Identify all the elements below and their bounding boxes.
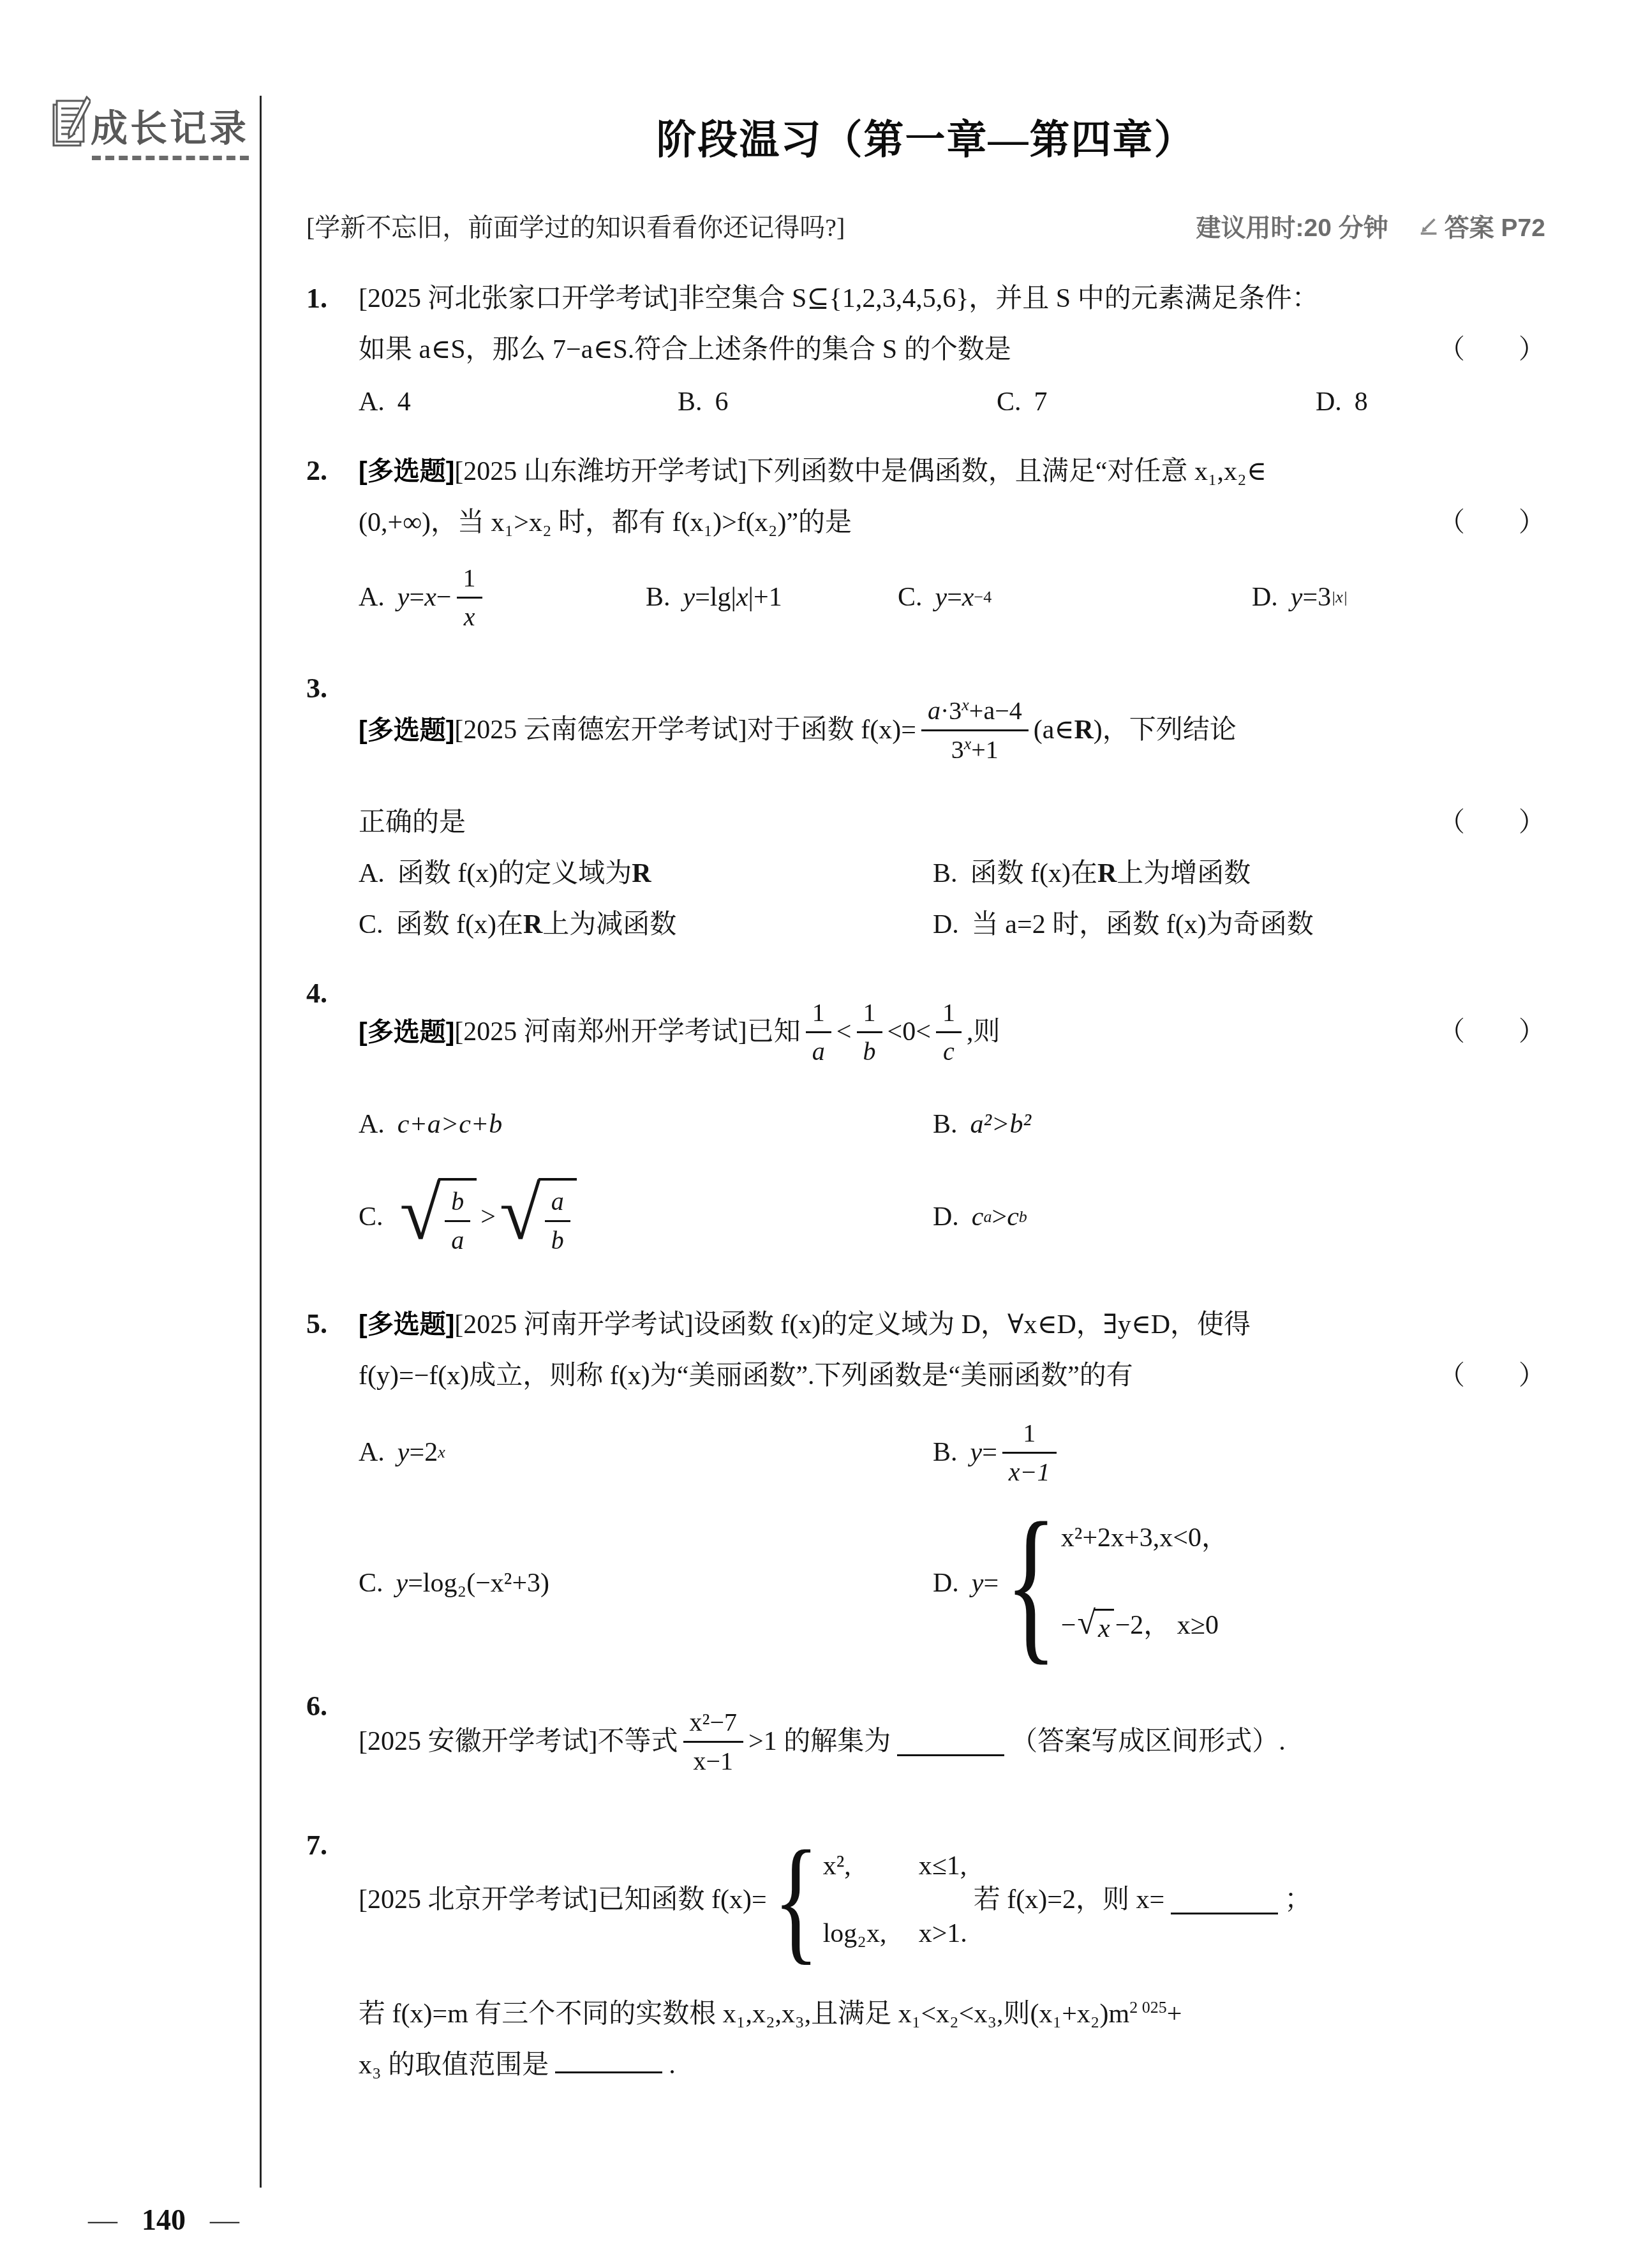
answer-ref: 答案 P72	[1416, 208, 1545, 244]
problem-line: [多选题][2025 河南郑州开学考试]已知 1a < 1b <0< 1c ,则…	[359, 968, 1545, 1096]
problem-number: 2.	[306, 445, 327, 496]
radical: √x	[1077, 1609, 1113, 1644]
header-meta: 建议用时:20 分钟 答案 P72	[1196, 208, 1545, 244]
options-row: C.y=log₂(−x²+3) D. y= { x²+2x+3,x<0， −√x…	[359, 1503, 1545, 1663]
multi-choice-tag: [多选题]	[359, 1309, 454, 1339]
answer-blank	[897, 1727, 1004, 1756]
answer-ref-label: 答案 P72	[1445, 208, 1545, 244]
options-row: C.函数 f(x)在 R 上为减函数 D.当 a=2 时，函数 f(x)为奇函数	[359, 899, 1545, 950]
case-row: x²,x≤1,	[823, 1851, 967, 1881]
option-d: D.8	[1316, 377, 1368, 428]
problem-line: 若 f(x)=m 有三个不同的实数根 x₁,x₂,x₃,且满足 x₁<x₂<x₃…	[359, 1988, 1545, 2040]
answer-paren: （ ）	[1438, 1350, 1545, 1401]
option-c: C.函数 f(x)在 R 上为减函数	[359, 899, 933, 950]
problem-number: 5.	[306, 1299, 327, 1350]
multi-choice-tag: [多选题]	[359, 456, 454, 486]
subtitle: [学新不忘旧，前面学过的知识看看你还记得吗?]	[306, 207, 845, 244]
time-hint: 建议用时:20 分钟	[1196, 208, 1388, 244]
option-a: A.y=2x	[359, 1427, 933, 1478]
notepad-pencil-icon	[51, 96, 91, 149]
option-d: D.当 a=2 时，函数 f(x)为奇函数	[933, 899, 1314, 950]
option-b: B.a²>b²	[933, 1099, 1031, 1150]
option-a: A.4	[359, 377, 678, 428]
problem-number: 3.	[306, 663, 327, 714]
option-c: C. y=x−4	[898, 572, 1252, 623]
problem-line: (0,+∞)，当 x₁>x₂ 时，都有 f(x₁)>f(x₂)”的是（ ）	[359, 497, 1545, 548]
options-row: A.y=2x B.y=1x−1	[359, 1401, 1545, 1503]
problem-text: 下列函数中是偶函数，且满足“对任意 x₁,x₂∈	[747, 457, 1267, 486]
fraction: 1x−1	[1002, 1417, 1057, 1488]
case-row: log₂x,x>1.	[823, 1918, 967, 1949]
fraction: a·3x+a−4 3x+1	[921, 695, 1029, 766]
fraction: 1c	[936, 997, 962, 1068]
problem-line: [多选题][2025 河南开学考试]设函数 f(x)的定义域为 D，∀x∈D，∃…	[359, 1299, 1545, 1350]
cases-brace: {	[1005, 1496, 1057, 1670]
problem-text: 不等式	[597, 1716, 678, 1767]
problem-number: 4.	[306, 968, 327, 1019]
problem-text: 正确的是	[359, 808, 466, 837]
logo-block: 成长记录	[51, 96, 262, 160]
multi-choice-tag: [多选题]	[359, 1006, 454, 1057]
problem-text: 设函数 f(x)的定义域为 D，∀x∈D，∃y∈D，使得	[694, 1310, 1251, 1339]
problem-source: [2025 云南德宏开学考试]	[454, 705, 747, 756]
problem-number: 6.	[306, 1681, 327, 1732]
subtitle-row: [学新不忘旧，前面学过的知识看看你还记得吗?] 建议用时:20 分钟 答案 P7…	[306, 207, 1545, 244]
answer-paren: （ ）	[1438, 1006, 1545, 1057]
page-footer: — 140 —	[88, 2203, 239, 2237]
problem-6: 6. [2025 安徽开学考试] 不等式 x²−7x−1 >1 的解集为 （答案…	[306, 1681, 1545, 1802]
problem-line: f(y)=−f(x)成立，则称 f(x)为“美丽函数”.下列函数是“美丽函数”的…	[359, 1350, 1545, 1401]
case-row: x²+2x+3,x<0，	[1061, 1523, 1228, 1553]
fraction: 1b	[857, 997, 882, 1068]
problem-note: （答案写成区间形式）.	[1011, 1716, 1286, 1767]
piecewise-cases: { x²+2x+3,x<0， −√x−2， x≥0	[1005, 1523, 1228, 1644]
page-title: 阶段温习（第一章—第四章）	[306, 107, 1545, 165]
option-b: B. y=lg|x|+1	[646, 572, 898, 623]
content-column: 阶段温习（第一章—第四章） [学新不忘旧，前面学过的知识看看你还记得吗?] 建议…	[260, 0, 1627, 2108]
problem-text: 若 f(x)=m 有三个不同的实数根 x₁,x₂,x₃,且满足 x₁<x₂<x₃…	[359, 1999, 1129, 2029]
answer-paren: （ ）	[1438, 797, 1545, 848]
option-b: B.函数 f(x)在 R 上为增函数	[933, 848, 1251, 899]
fraction: 1a	[806, 997, 831, 1068]
problem-2: 2. [多选题][2025 山东潍坊开学考试]下列函数中是偶函数，且满足“对任意…	[306, 445, 1545, 645]
option-b: B.y=1x−1	[933, 1417, 1062, 1488]
problem-3: 3. [多选题][2025 云南德宏开学考试]对于函数 f(x)= a·3x+a…	[306, 663, 1545, 950]
problem-text: 若 f(x)=2，则 x=	[974, 1874, 1164, 1925]
problem-line: 正确的是（ ）	[359, 797, 1545, 848]
options-row: A.4 B.6 C.7 D.8	[359, 377, 1545, 428]
problem-line: [2025 安徽开学考试] 不等式 x²−7x−1 >1 的解集为 （答案写成区…	[359, 1681, 1545, 1802]
answer-blank	[555, 2045, 662, 2073]
fraction: x²−7x−1	[683, 1706, 744, 1777]
fraction-denominator: 3x+1	[921, 731, 1029, 766]
problem-7: 7. [2025 北京开学考试] 已知函数 f(x)= { x²,x≤1, lo…	[306, 1820, 1545, 2091]
fraction: 1x	[457, 562, 482, 633]
superscript: 2 025	[1129, 1998, 1167, 2017]
problem-source: [2025 河南郑州开学考试]	[454, 1006, 747, 1057]
option-d: D. y= { x²+2x+3,x<0， −√x−2， x≥0	[933, 1523, 1235, 1644]
radical: √ba	[400, 1178, 477, 1257]
problem-text: +	[1167, 1999, 1182, 2029]
options-row: A.函数 f(x)的定义域为 R B.函数 f(x)在 R 上为增函数	[359, 848, 1545, 899]
fraction-numerator: a·3x+a−4	[921, 695, 1029, 731]
option-c: C.y=log₂(−x²+3)	[359, 1558, 933, 1609]
problem-line: [2025 北京开学考试] 已知函数 f(x)= { x²,x≤1, log₂x…	[359, 1820, 1545, 1980]
option-d: D. y=3|x|	[1252, 572, 1348, 623]
option-a: A. y=x− 1x	[359, 562, 646, 633]
problem-text: (a∈R)，下列结论	[1034, 705, 1237, 756]
option-d: D. ca>cb	[933, 1191, 1027, 1242]
options-row: A.c+a>c+b B.a²>b²	[359, 1096, 1545, 1153]
problem-text: (0,+∞)，当 x₁>x₂ 时，都有 f(x₁)>f(x₂)”的是	[359, 508, 852, 537]
piecewise-cases: { x²,x≤1, log₂x,x>1.	[773, 1851, 967, 1950]
problem-text: 对于函数 f(x)=	[747, 705, 916, 756]
problem-4: 4. [多选题][2025 河南郑州开学考试]已知 1a < 1b <0< 1c…	[306, 968, 1545, 1281]
option-c: C. √ba > √ab	[359, 1178, 933, 1257]
problem-text: f(y)=−f(x)成立，则称 f(x)为“美丽函数”.下列函数是“美丽函数”的…	[359, 1361, 1133, 1391]
problem-text: ,则	[967, 1006, 1000, 1057]
answer-arrow-icon	[1416, 214, 1439, 237]
option-c: C.7	[997, 377, 1316, 428]
problem-5: 5. [多选题][2025 河南开学考试]设函数 f(x)的定义域为 D，∀x∈…	[306, 1299, 1545, 1663]
problem-text: ；	[1284, 1874, 1311, 1925]
options-row: A. y=x− 1x B. y=lg|x|+1 C. y=x−4 D. y=3|…	[359, 549, 1545, 645]
problem-source: [2025 河北张家口开学考试]	[359, 284, 678, 313]
radical: √ab	[500, 1178, 577, 1257]
problem-text: 如果 a∈S，那么 7−a∈S.符合上述条件的集合 S 的个数是	[359, 335, 1011, 364]
problem-1: 1. [2025 河北张家口开学考试]非空集合 S⊆{1,2,3,4,5,6}，…	[306, 273, 1545, 428]
problem-text: .	[669, 2050, 676, 2080]
problem-number: 7.	[306, 1820, 327, 1871]
problem-line: [多选题][2025 云南德宏开学考试]对于函数 f(x)= a·3x+a−4 …	[359, 663, 1545, 797]
logo-underline	[92, 156, 249, 160]
problem-text: 已知	[747, 1006, 801, 1057]
problem-source: [2025 北京开学考试]	[359, 1874, 597, 1925]
problem-line: x₃ 的取值范围是.	[359, 2040, 1545, 2091]
problem-source: [2025 河南开学考试]	[454, 1310, 693, 1339]
problem-text: >1 的解集为	[748, 1716, 891, 1767]
case-row: −√x−2， x≥0	[1061, 1609, 1228, 1644]
option-a: A.函数 f(x)的定义域为 R	[359, 848, 933, 899]
problem-text: x₃ 的取值范围是	[359, 2050, 549, 2080]
answer-paren: （ ）	[1438, 324, 1545, 375]
problem-text: 非空集合 S⊆{1,2,3,4,5,6}，并且 S 中的元素满足条件：	[678, 284, 1318, 313]
problem-line: [2025 河北张家口开学考试]非空集合 S⊆{1,2,3,4,5,6}，并且 …	[359, 273, 1545, 324]
answer-blank	[1171, 1886, 1278, 1914]
problem-source: [2025 安徽开学考试]	[359, 1716, 597, 1767]
problem-text: 已知函数 f(x)=	[597, 1874, 766, 1925]
footer-dash: —	[88, 2203, 117, 2237]
cases-brace: {	[773, 1830, 819, 1969]
problem-line: 如果 a∈S，那么 7−a∈S.符合上述条件的集合 S 的个数是（ ）	[359, 324, 1545, 375]
workbook-page: 成长记录 阶段温习（第一章—第四章） [学新不忘旧，前面学过的知识看看你还记得吗…	[0, 0, 1627, 2268]
footer-dash: —	[210, 2203, 239, 2237]
logo-text: 成长记录	[91, 108, 249, 149]
option-b: B.6	[678, 377, 997, 428]
problem-line: [多选题][2025 山东潍坊开学考试]下列函数中是偶函数，且满足“对任意 x₁…	[359, 445, 1545, 497]
problem-number: 1.	[306, 273, 327, 324]
answer-paren: （ ）	[1438, 497, 1545, 548]
problem-source: [2025 山东潍坊开学考试]	[454, 457, 747, 486]
options-row: C. √ba > √ab D. ca>cb	[359, 1153, 1545, 1281]
option-a: A.c+a>c+b	[359, 1099, 933, 1150]
page-number: 140	[142, 2203, 186, 2237]
multi-choice-tag: [多选题]	[359, 705, 454, 756]
